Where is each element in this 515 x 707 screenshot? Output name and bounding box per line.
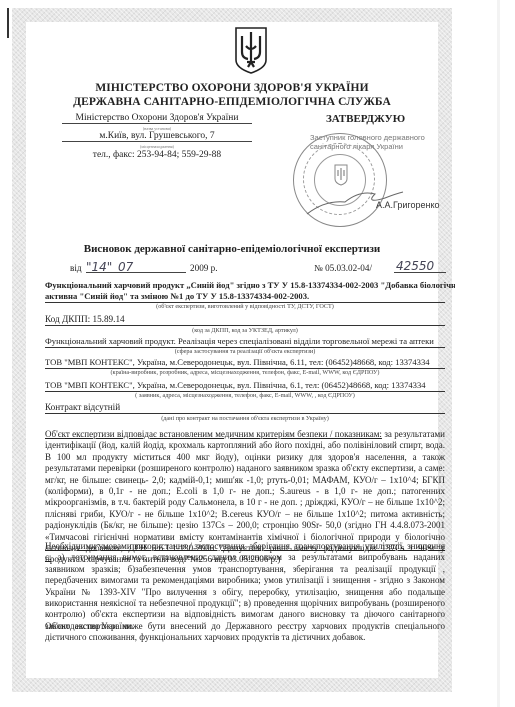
object-caption: (об'єкт експертизи, виготовлений у відпо… [45, 303, 445, 310]
approval-signatory: А.А.Григоренко [376, 200, 440, 210]
object-line-2: активна "Синій йод" та зміною №1 до ТУ У… [45, 291, 445, 303]
number-prefix: № 05.03.02-04/ [314, 263, 372, 274]
trident-coat-of-arms-icon [234, 26, 268, 74]
document-number: 42550 [396, 259, 434, 273]
institution-phone: тел., факс: 253-94-84; 559-29-88 [62, 150, 252, 160]
conditions-paragraph: Необхідними умовами використання / засто… [45, 541, 445, 632]
manufacturer-field: ТОВ "МВП КОНТЕКС", Україна, м.Северодоне… [45, 357, 445, 369]
institution-name: Міністерство Охорони Здоров'я України [62, 113, 252, 124]
dkpp-code-caption: (код за ДКПП, код за УКТЗЕД, артикул) [45, 327, 445, 334]
scan-right-edge [497, 0, 500, 707]
applicant-field: ТОВ "МВП КОНТЕКС", Україна, м.Северодоне… [45, 380, 445, 392]
conditions-text: а) дотримання вимог, встановлених даним … [45, 552, 445, 630]
date-year: 2009 р. [190, 263, 218, 274]
dkpp-code: Код ДКПП: 15.89.14 [45, 314, 445, 326]
scope-caption: (сфера застосування та реалізації об'єкт… [45, 348, 445, 355]
applicant-caption: ( заявник, адреса, місцезнаходження, тел… [45, 392, 445, 399]
institution-address-caption: (місцезнаходження) [62, 144, 252, 149]
date-prefix: від [70, 263, 82, 274]
approval-heading: ЗАТВЕРДЖУЮ [326, 113, 405, 125]
scope-field: Функціональний харчовий продукт. Реаліза… [45, 336, 445, 348]
document-title: Висновок державної санітарно-епідеміолог… [26, 243, 438, 255]
registry-paragraph: Об'єкт експертизи може бути внесений до … [45, 621, 445, 644]
safety-criteria-heading: Об'єкт експертизи відповідає встановлени… [45, 429, 382, 439]
date-month: 07 [118, 260, 133, 274]
service-name: ДЕРЖАВНА САНІТАРНО-ЕПІДЕМІОЛОГІЧНА СЛУЖБ… [26, 96, 438, 108]
object-line-1: Функціональний харчовий продукт „Синій й… [45, 280, 455, 290]
ministry-name: МІНІСТЕРСТВО ОХОРОНИ ЗДОРОВ'Я УКРАЇНИ [26, 82, 438, 94]
contract-caption: (дані про контракт на постачання об'єкта… [45, 415, 445, 422]
scan-edge-mark [7, 8, 9, 38]
institution-address: м.Київ, вул. Грушевського, 7 [62, 131, 252, 142]
contract-field: Контракт відсутній [45, 402, 445, 414]
manufacturer-caption: (країна-виробник, розробник, адреса, міс… [45, 369, 445, 376]
date-day: "14" [86, 260, 112, 274]
